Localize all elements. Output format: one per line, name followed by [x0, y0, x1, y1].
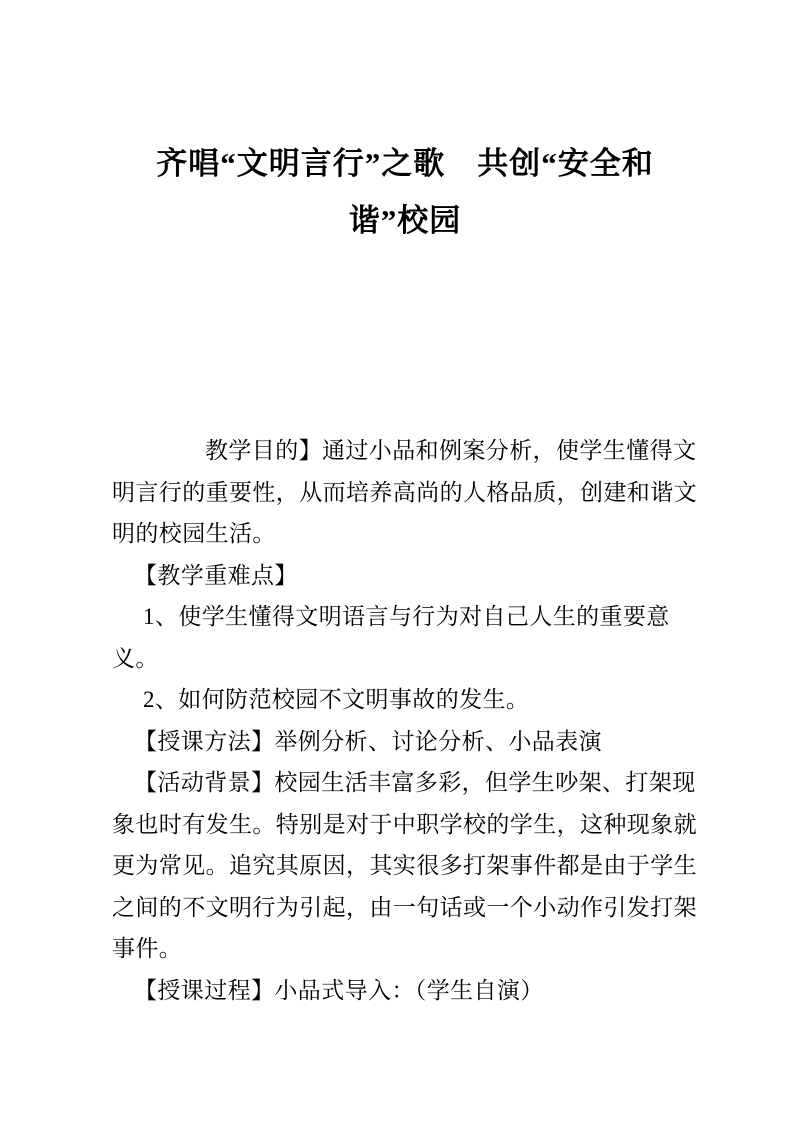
paragraph-activity-background: 【活动背景】校园生活丰富多彩，但学生吵架、打架现象也时有发生。特别是对于中职学校… [112, 762, 698, 970]
paragraph-key-points-heading: 【教学重难点】 [112, 555, 698, 597]
document-body: 教学目的】通过小品和例案分析，使学生懂得文明言行的重要性，从而培养高尚的人格品质… [112, 430, 698, 1011]
paragraph-key-point-2: 2、如何防范校园不文明事故的发生。 [112, 679, 698, 721]
document-page: 齐唱“文明言行”之歌 共创“安全和 谐”校园 教学目的】通过小品和例案分析，使学… [0, 0, 794, 1123]
document-title-line-2: 谐”校园 [349, 203, 462, 238]
paragraph-teaching-process: 【授课过程】小品式导入：（学生自演） [112, 970, 698, 1012]
document-title-line-1: 齐唱“文明言行”之歌 共创“安全和 [156, 146, 654, 181]
paragraph-key-point-1: 1、使学生懂得文明语言与行为对自己人生的重要意义。 [112, 596, 698, 679]
document-title: 齐唱“文明言行”之歌 共创“安全和 谐”校园 [112, 135, 698, 249]
paragraph-teaching-objective: 教学目的】通过小品和例案分析，使学生懂得文明言行的重要性，从而培养高尚的人格品质… [112, 430, 698, 555]
paragraph-teaching-method: 【授课方法】举例分析、讨论分析、小品表演 [112, 721, 698, 763]
